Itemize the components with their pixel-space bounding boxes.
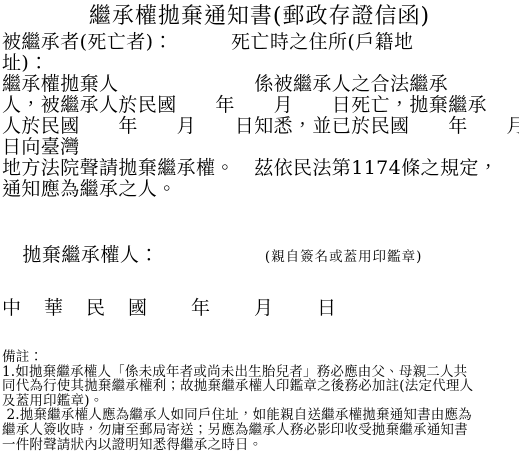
remark-line: 繼承人簽收時，勿庸至郵局寄送；另應為繼承人務必影印收受拋棄繼承通知書	[2, 423, 517, 438]
body-line: 繼承權拋棄人 係被繼承人之合法繼承	[2, 74, 517, 95]
signature-line: 拋棄繼承權人：(親自簽名或蓋用印鑑章)	[2, 221, 517, 245]
remarks-section: 備註： 1.如拋棄繼承權人「係未成年者或尚未出生胎兒者」務必應由父、母親二人共 …	[2, 350, 517, 452]
remark-line: 同代為行使其拋棄繼承權利；故拋棄繼承權人印鑑章之後務必加註(法定代理人	[2, 379, 517, 394]
remarks-heading: 備註：	[2, 350, 517, 365]
body-line: 地方法院聲請拋棄繼承權。 茲依民法第1174條之規定，	[2, 158, 517, 179]
document-title: 繼承權拋棄通知書(郵政存證信函)	[2, 3, 517, 30]
signature-instruction-note: (親自簽名或蓋用印鑑章)	[265, 249, 423, 265]
body-line: 通知應為繼承之人。	[2, 179, 517, 200]
renouncer-label: 拋棄繼承權人：	[22, 244, 159, 266]
body-line: 人於民國 年 月 日知悉，並已於民國 年 月	[2, 116, 517, 137]
remark-line: 2.拋棄繼承權人應為繼承人如同戶住址，如能親自送繼承權拋棄通知書由應為	[2, 408, 517, 423]
body-line: 被繼承者(死亡者)： 死亡時之住所(戶籍地	[2, 32, 517, 53]
remark-line: 一件附聲請狀內以證明知悉得繼承之時日。	[2, 438, 517, 453]
roc-date-line: 中 華 民 國 年 月 日	[2, 297, 517, 319]
body-line: 日向臺灣	[2, 137, 517, 158]
remark-line: 1.如拋棄繼承權人「係未成年者或尚未出生胎兒者」務必應由父、母親二人共	[2, 365, 517, 380]
document-page: 繼承權拋棄通知書(郵政存證信函) 被繼承者(死亡者)： 死亡時之住所(戶籍地 址…	[0, 0, 519, 453]
body-line: 人，被繼承人於民國 年 月 日死亡，拋棄繼承	[2, 95, 517, 116]
body-line: 址)：	[2, 53, 517, 74]
document-body: 被繼承者(死亡者)： 死亡時之住所(戶籍地 址)： 繼承權拋棄人 係被繼承人之合…	[2, 32, 517, 200]
